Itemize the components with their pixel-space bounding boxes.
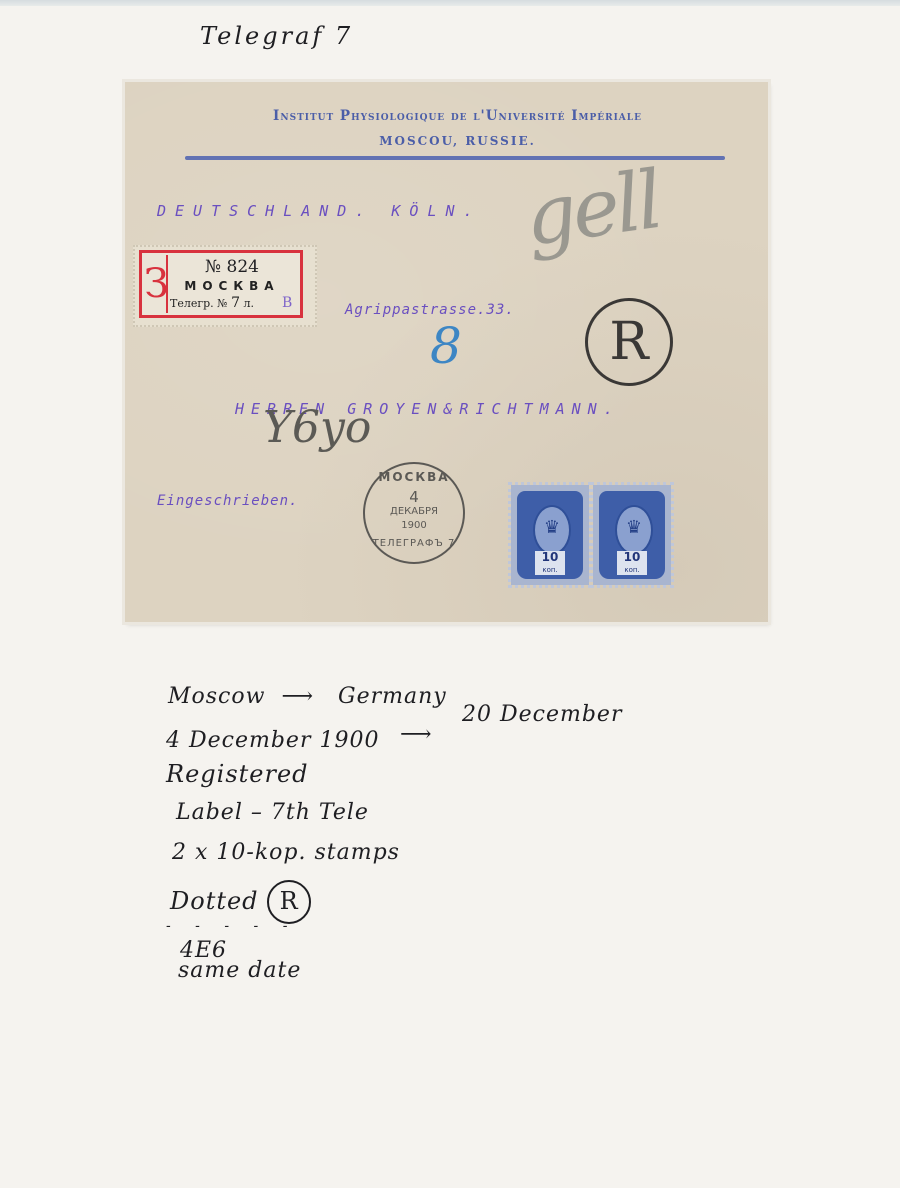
postmark-day: 4	[365, 488, 463, 506]
stamp-value-unit: коп.	[535, 564, 565, 577]
registration-office-number: 7	[231, 295, 240, 311]
letterhead-institution: Institut Physiologique de l'Université I…	[185, 108, 730, 124]
note-dashes: - - - - -	[166, 918, 297, 934]
stamp-oval: ♛	[533, 505, 571, 555]
scanner-edge	[0, 0, 900, 6]
address-country-city: DEUTSCHLAND. KÖLN.	[157, 202, 482, 220]
arrow-right-icon: ⟶	[281, 684, 314, 709]
note-date-sent: 4 December 1900	[166, 728, 379, 753]
stamp-value-number: 10	[624, 550, 641, 564]
registration-number: № 824	[172, 257, 292, 277]
registration-city: МОСКВА	[172, 279, 292, 293]
letterhead-city: MOSCOU, RUSSIE.	[185, 134, 730, 148]
note-date-arrived: 20 December	[462, 702, 622, 727]
stamp-value-number: 10	[542, 550, 559, 564]
note-same-date: same date	[178, 958, 301, 983]
registration-letter: З	[144, 255, 168, 313]
stamp-value: 10 коп.	[535, 551, 565, 575]
stamp-oval: ♛	[615, 505, 653, 555]
stamp-frame: ♛ 10 коп.	[517, 491, 583, 579]
postage-stamp: ♛ 10 коп.	[593, 485, 671, 585]
registration-office-prefix: Телегр. №	[170, 297, 228, 310]
registered-r-letter: R	[609, 312, 648, 372]
double-eagle-icon: ♛	[617, 517, 651, 538]
registered-endorsement: Eingeschrieben.	[157, 493, 298, 509]
registration-office-suffix: л.	[243, 297, 253, 310]
envelope-cover: Institut Physiologique de l'Université I…	[125, 82, 768, 622]
double-eagle-icon: ♛	[535, 517, 569, 538]
page-title: Telegraf 7	[200, 22, 353, 50]
stamp-frame: ♛ 10 коп.	[599, 491, 665, 579]
postage-stamp: ♛ 10 коп.	[511, 485, 589, 585]
address-street: Agrippastrasse.33.	[345, 302, 515, 318]
blue-crayon-mark: 8	[430, 317, 462, 375]
note-route-to: Germany	[338, 684, 447, 709]
stamp-value-unit: коп.	[617, 564, 647, 577]
note-route: Moscow ⟶ Germany	[168, 684, 447, 709]
postmark-city: МОСКВА	[365, 470, 463, 484]
postmark-month: ДЕКАБРЯ	[365, 506, 463, 517]
note-route-from: Moscow	[168, 684, 265, 709]
note-label: Label – 7th Tele	[176, 800, 369, 825]
postmark-office: ТЕЛЕГРАФЪ 7	[365, 538, 463, 549]
pencil-note: Y6yo	[263, 402, 371, 453]
stamp-value: 10 коп.	[617, 551, 647, 575]
note-dotted-prefix: Dotted	[170, 887, 259, 915]
moscow-postmark: МОСКВА 4 ДЕКАБРЯ 1900 ТЕЛЕГРАФЪ 7	[363, 462, 465, 564]
postmark-year: 1900	[365, 520, 463, 531]
registration-manuscript-mark: B	[282, 295, 292, 311]
registered-r-handstamp: R	[585, 298, 673, 386]
note-stamps: 2 x 10-kop. stamps	[172, 840, 400, 865]
arrow-right-icon: ⟶	[400, 722, 433, 747]
pencil-signature: gell	[519, 153, 664, 264]
registration-label: З № 824 МОСКВА Телегр. № 7 л. B	[139, 250, 303, 318]
registration-office: Телегр. № 7 л.	[170, 295, 254, 311]
note-registered: Registered	[166, 760, 309, 788]
